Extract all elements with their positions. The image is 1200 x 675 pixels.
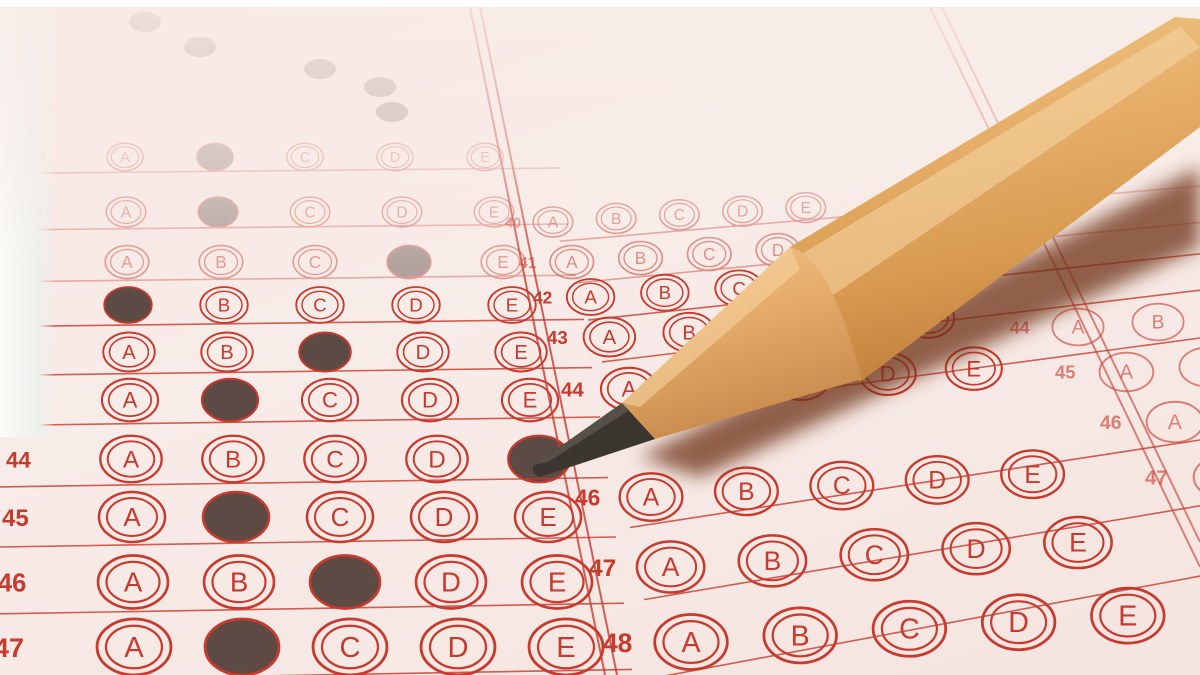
question-number: 46 bbox=[575, 485, 600, 511]
choice-letter: C bbox=[865, 540, 884, 570]
question-number: 44 bbox=[1010, 317, 1030, 337]
choice-letter: B bbox=[635, 248, 646, 268]
choice-letter: A bbox=[622, 377, 637, 402]
svg-text:A: A bbox=[1168, 411, 1183, 434]
choice-letter: D bbox=[441, 567, 461, 598]
answer-row: 43ACDE bbox=[0, 379, 600, 426]
answer-sheet-photo: 38ACDE39ACDE40ABCE41BCDE42ABDE43ACDE44AB… bbox=[0, 7, 1200, 675]
choice-letter: A bbox=[124, 632, 144, 664]
choice-letter: B bbox=[225, 446, 241, 473]
filled-bubble[interactable] bbox=[198, 197, 238, 227]
choice-letter: A bbox=[123, 388, 138, 413]
choice-letter: E bbox=[1118, 601, 1137, 633]
choice-letter: C bbox=[793, 366, 809, 391]
choice-letter: A bbox=[643, 485, 660, 512]
choice-letter: D bbox=[428, 446, 445, 473]
choice-letter: E bbox=[497, 252, 508, 272]
answer-row: 41ABCDE bbox=[519, 222, 1200, 283]
choice-letter: A bbox=[566, 252, 578, 272]
filled-bubble bbox=[376, 102, 408, 122]
filled-bubble[interactable] bbox=[203, 492, 269, 542]
answer-row: 46ABCDE bbox=[575, 440, 1200, 527]
answer-row: 44ABCD bbox=[0, 436, 608, 487]
filled-bubble[interactable] bbox=[299, 333, 350, 372]
answer-row: 38ACDE bbox=[0, 143, 560, 173]
answer-row: 42ABDE bbox=[0, 333, 592, 376]
question-number: 44 bbox=[6, 447, 31, 472]
question-number: 46 bbox=[1100, 412, 1122, 434]
choice-letter: A bbox=[123, 502, 141, 532]
question-number: 43 bbox=[547, 327, 568, 348]
choice-letter: A bbox=[124, 567, 143, 598]
choice-letter: B bbox=[220, 342, 234, 364]
svg-text:A: A bbox=[1120, 362, 1134, 384]
choice-letter: D bbox=[396, 204, 407, 221]
choice-letter: B bbox=[708, 372, 723, 397]
choice-letter: E bbox=[523, 388, 538, 413]
filled-bubble bbox=[364, 77, 396, 97]
answer-row: 46AB bbox=[1100, 397, 1200, 442]
question-number: 47 bbox=[0, 633, 24, 663]
choice-letter: B bbox=[230, 567, 248, 598]
svg-text:A: A bbox=[1072, 317, 1085, 338]
choice-letter: C bbox=[326, 446, 343, 473]
choice-letter: B bbox=[682, 322, 696, 344]
choice-letter: B bbox=[659, 282, 671, 303]
choice-letter: E bbox=[801, 200, 811, 217]
choice-letter: E bbox=[480, 150, 490, 166]
choice-letter: E bbox=[489, 204, 499, 221]
choice-letter: A bbox=[121, 204, 132, 221]
choice-letter: E bbox=[506, 294, 518, 315]
choice-letter: E bbox=[548, 567, 566, 598]
choice-letter: A bbox=[120, 150, 130, 166]
choice-letter: D bbox=[416, 342, 431, 364]
choice-letter: B bbox=[218, 294, 230, 315]
choice-letter: C bbox=[674, 207, 685, 224]
question-number: 47 bbox=[589, 555, 616, 582]
filled-bubble[interactable] bbox=[197, 143, 233, 171]
choice-letter: C bbox=[703, 244, 715, 264]
choice-letter: B bbox=[791, 620, 810, 652]
bubble-sheet: 38ACDE39ACDE40ABCE41BCDE42ABDE43ACDE44AB… bbox=[0, 7, 1200, 675]
choice-letter: E bbox=[922, 308, 936, 330]
choice-letter: A bbox=[122, 342, 136, 364]
choice-letter: A bbox=[121, 252, 133, 272]
choice-letter: D bbox=[435, 502, 454, 532]
question-number: 41 bbox=[519, 255, 537, 272]
choice-letter: A bbox=[548, 214, 559, 231]
choice-letter: D bbox=[967, 534, 986, 564]
choice-letter: D bbox=[772, 240, 784, 260]
answer-row: 47AB bbox=[1145, 451, 1200, 498]
choice-letter: C bbox=[762, 318, 777, 340]
choice-letter: B bbox=[215, 252, 226, 272]
choice-letter: C bbox=[339, 632, 360, 664]
sheet-grid: 38ACDE39ACDE40ABCE41BCDE42ABDE43ACDE44AB… bbox=[0, 7, 1200, 675]
answer-row: 39ACDE bbox=[0, 197, 568, 230]
choice-letter: C bbox=[300, 150, 310, 166]
question-number: 48 bbox=[603, 628, 632, 658]
choice-letter: A bbox=[123, 446, 140, 473]
choice-letter: D bbox=[390, 150, 400, 166]
filled-bubble[interactable] bbox=[202, 379, 258, 422]
filled-bubble[interactable] bbox=[387, 246, 431, 279]
choice-letter: A bbox=[584, 286, 597, 307]
question-number: 46 bbox=[0, 570, 26, 598]
choice-letter: D bbox=[737, 204, 748, 221]
svg-text:B: B bbox=[1152, 312, 1165, 333]
question-number: 47 bbox=[1145, 467, 1168, 489]
choice-letter: B bbox=[738, 479, 754, 506]
filled-bubble bbox=[304, 59, 336, 79]
choice-letter: B bbox=[764, 546, 782, 576]
choice-letter: D bbox=[807, 274, 821, 295]
choice-letter: D bbox=[447, 632, 468, 664]
filled-bubble[interactable] bbox=[104, 287, 152, 323]
answer-row: 46ABDE bbox=[0, 556, 624, 614]
question-number: 44 bbox=[561, 380, 584, 402]
filled-bubble[interactable] bbox=[205, 619, 279, 675]
choice-letter: B bbox=[611, 211, 621, 228]
question-number: 45 bbox=[1055, 362, 1076, 383]
answer-row: 41BCDE bbox=[0, 287, 584, 327]
choice-letter: D bbox=[409, 294, 423, 315]
choice-letter: C bbox=[309, 252, 321, 272]
choice-letter: C bbox=[304, 204, 315, 221]
choice-letter: A bbox=[662, 552, 680, 582]
answer-row: 45ACDE bbox=[0, 492, 616, 547]
answer-row: 40ABCE bbox=[0, 246, 576, 282]
choice-letter: E bbox=[841, 236, 852, 256]
choice-letter: E bbox=[556, 632, 575, 664]
question-number: 42 bbox=[533, 287, 552, 307]
choice-letter: E bbox=[539, 502, 556, 532]
answer-row: 44ABCDE bbox=[561, 338, 1200, 416]
filled-bubble bbox=[129, 12, 161, 32]
question-number: 45 bbox=[2, 505, 29, 532]
answer-row: 47ACDE bbox=[0, 619, 632, 675]
choice-letter: C bbox=[732, 278, 746, 299]
sheet-margin bbox=[0, 7, 55, 437]
choice-letter: A bbox=[603, 327, 617, 349]
filled-bubble[interactable] bbox=[310, 556, 380, 609]
choice-letter: D bbox=[880, 361, 896, 386]
question-number: 40 bbox=[505, 215, 521, 231]
choice-letter: E bbox=[514, 342, 528, 364]
choice-letter: C bbox=[322, 388, 338, 413]
choice-letter: A bbox=[681, 627, 701, 659]
choice-letter: C bbox=[313, 294, 327, 315]
choice-letter: D bbox=[422, 388, 438, 413]
choice-letter: E bbox=[1069, 528, 1087, 558]
choice-letter: C bbox=[331, 502, 350, 532]
filled-bubble bbox=[184, 37, 216, 57]
